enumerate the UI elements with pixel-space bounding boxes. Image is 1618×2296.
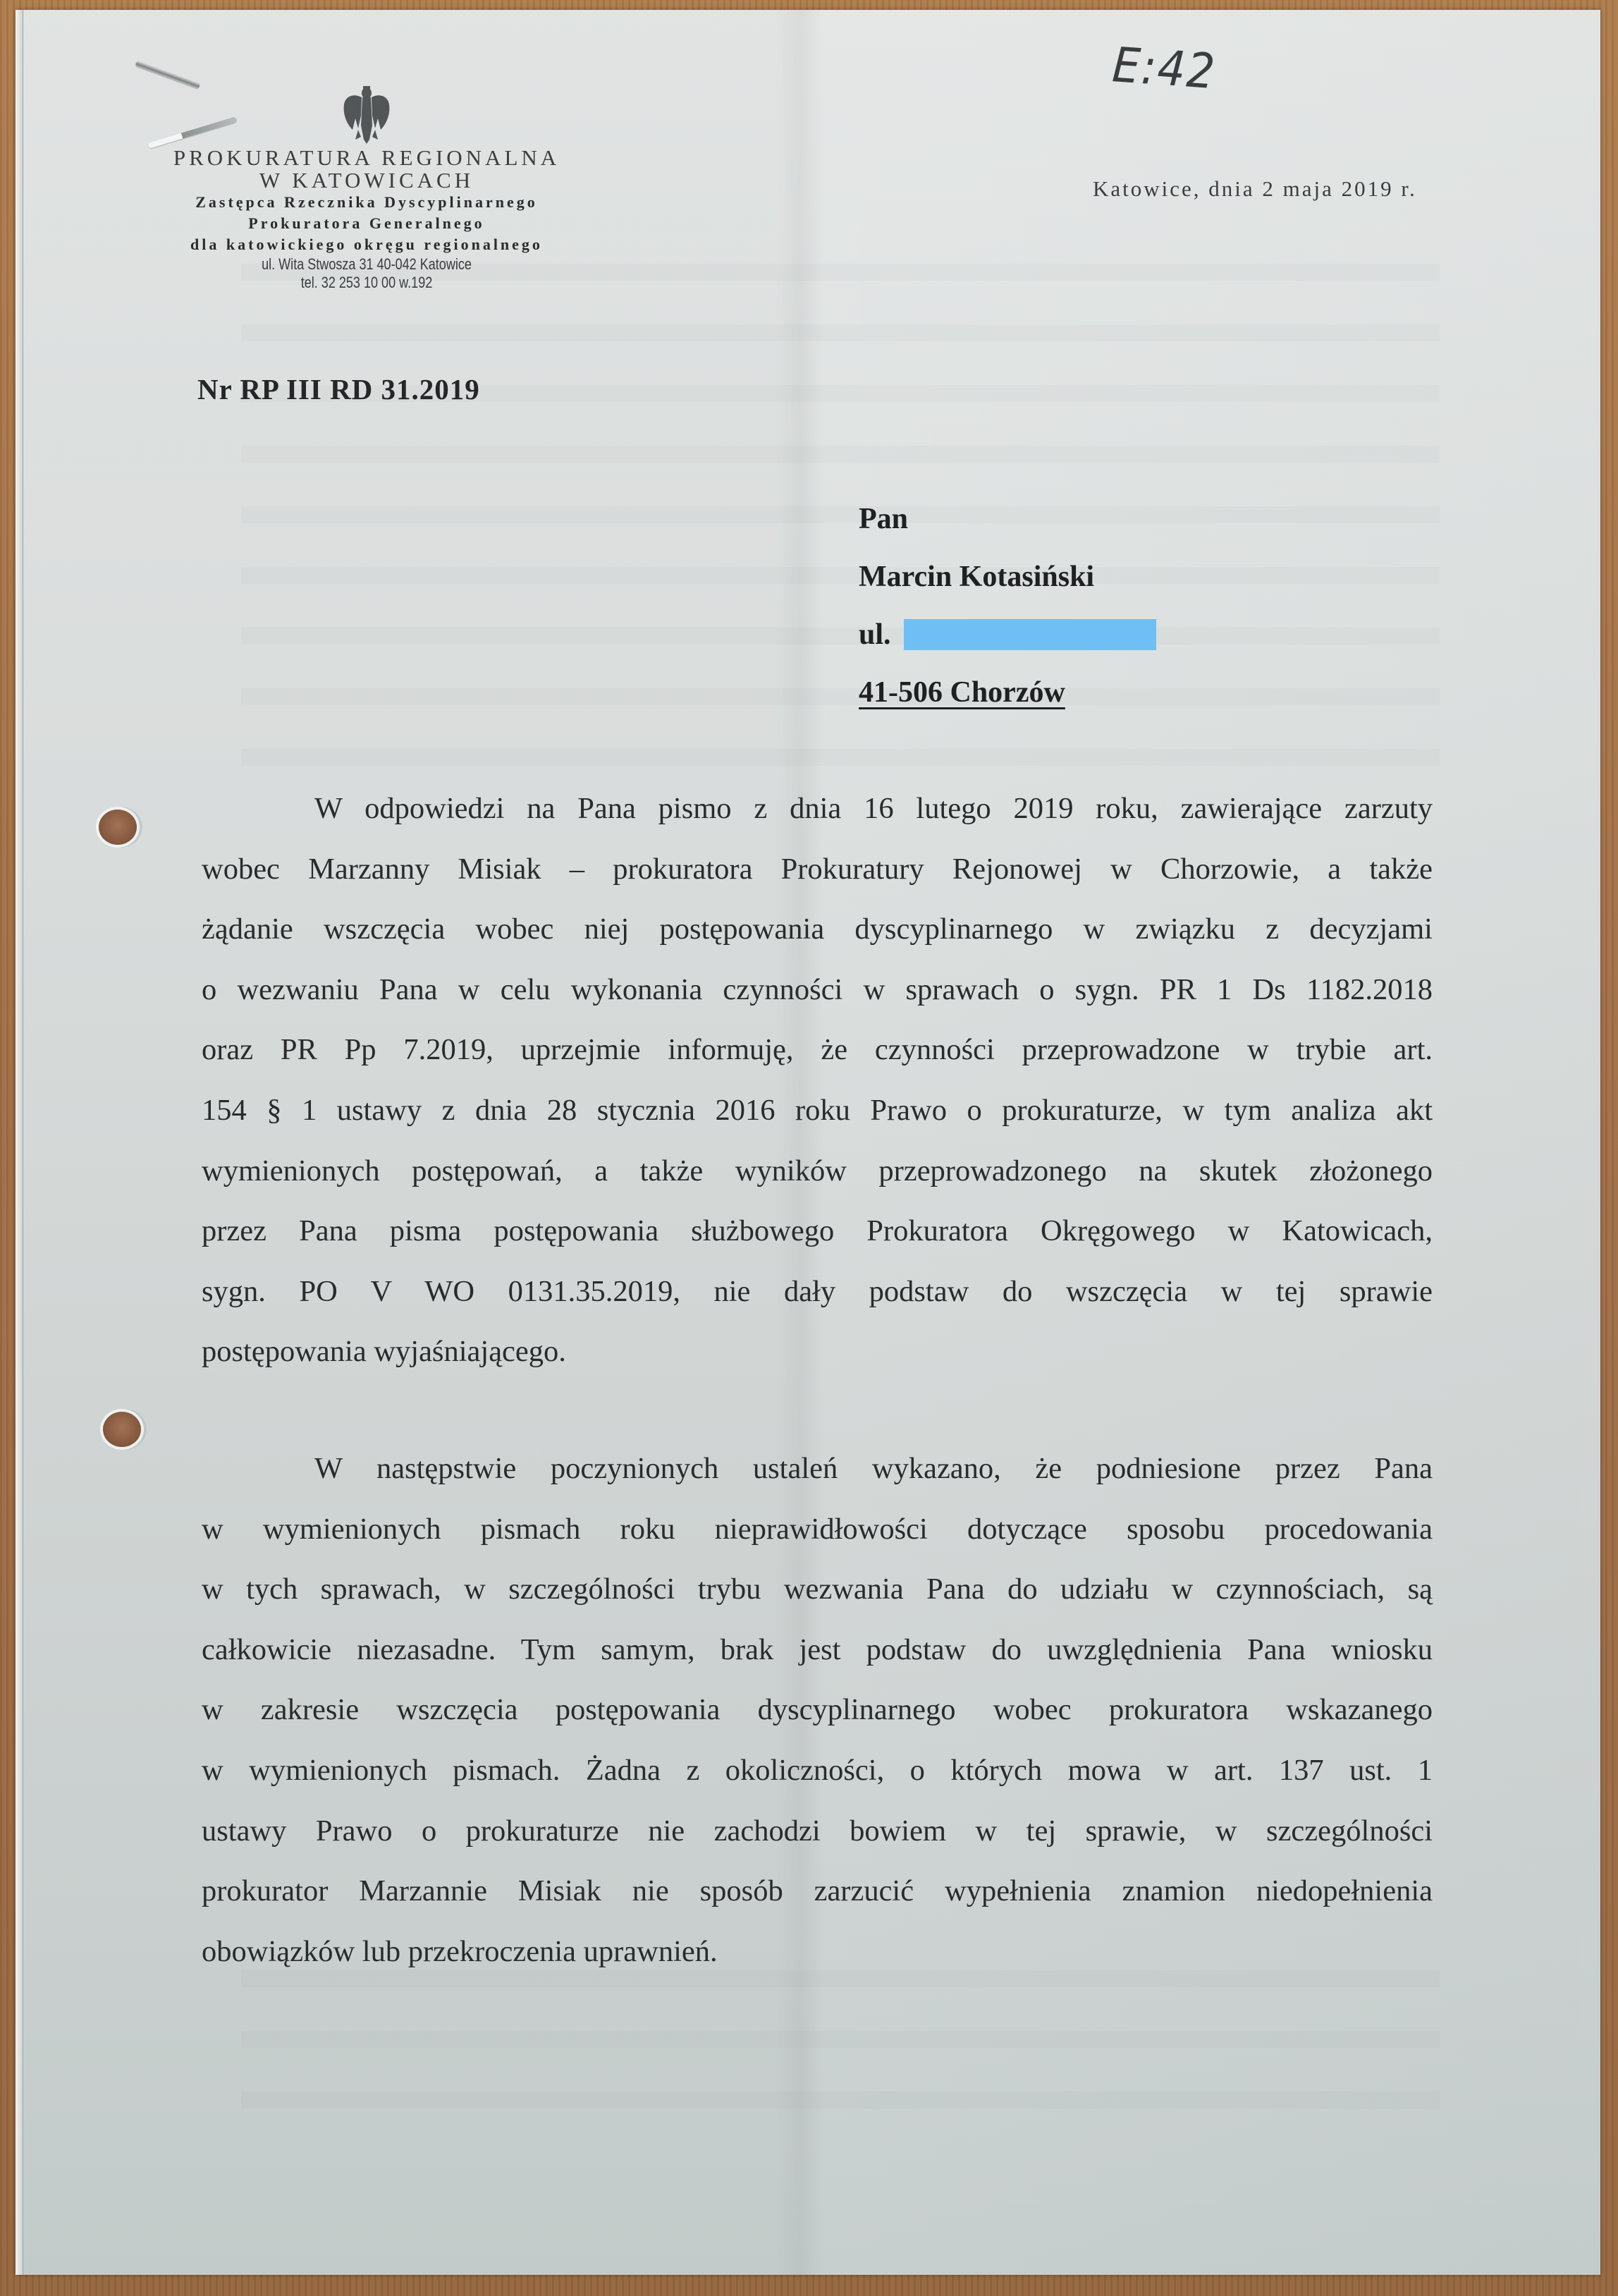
recipient-address-block: Pan Marcin Kotasiński ul. 41-506 Chorzów: [859, 490, 1156, 721]
recipient-name: Marcin Kotasiński: [859, 548, 1156, 606]
letterhead: PROKURATURA REGIONALNA W KATOWICACH Zast…: [155, 83, 578, 292]
recipient-street: ul.: [859, 606, 1156, 664]
paragraph-line: wobec Marzanny Misiak – prokuratora Prok…: [202, 839, 1433, 900]
eagle-emblem-icon: [340, 83, 393, 145]
institution-address: ul. Wita Stwosza 31 40-042 Katowice: [193, 255, 540, 274]
paragraph-line: prokurator Marzannie Misiak nie sposób z…: [202, 1861, 1433, 1922]
paragraph-line: żądanie wszczęcia wobec niej postępowani…: [202, 899, 1433, 960]
body-paragraph-1: W odpowiedzi na Pana pismo z dnia 16 lut…: [202, 778, 1433, 1382]
paragraph-line: całkowicie niezasadne. Tym samym, brak j…: [202, 1620, 1433, 1680]
institution-phone: tel. 32 253 10 00 w.192: [193, 274, 540, 292]
recipient-postal-city: 41-506 Chorzów: [859, 664, 1156, 721]
punch-hole-icon: [103, 1412, 141, 1447]
paragraph-line: postępowania wyjaśniającego.: [202, 1321, 1433, 1382]
office-title-line1: Zastępca Rzecznika Dyscyplinarnego: [155, 192, 578, 213]
recipient-salutation: Pan: [859, 490, 1156, 548]
paragraph-line: sygn. PO V WO 0131.35.2019, nie dały pod…: [202, 1262, 1433, 1322]
institution-city: W KATOWICACH: [155, 169, 578, 192]
paper-fold-edge: [16, 10, 23, 2275]
reverse-side-show-through: [241, 1970, 1440, 2111]
paragraph-line: w wymienionych pismach. Żadna z okoliczn…: [202, 1740, 1433, 1801]
letter-date: Katowice, dnia 2 maja 2019 r.: [1093, 176, 1417, 202]
paragraph-line: w wymienionych pismach roku nieprawidłow…: [202, 1499, 1433, 1560]
institution-name: PROKURATURA REGIONALNA: [155, 147, 578, 169]
paragraph-line: o wezwaniu Pana w celu wykonania czynnoś…: [202, 960, 1433, 1020]
paragraph-line: ustawy Prawo o prokuraturze nie zachodzi…: [202, 1801, 1433, 1862]
paragraph-line: oraz PR Pp 7.2019, uprzejmie informuję, …: [202, 1020, 1433, 1080]
paragraph-line: W następstwie poczynionych ustaleń wykaz…: [202, 1439, 1433, 1499]
paragraph-line: przez Pana pisma postępowania służbowego…: [202, 1201, 1433, 1262]
street-prefix: ul.: [859, 606, 891, 664]
paragraph-line: W odpowiedzi na Pana pismo z dnia 16 lut…: [202, 778, 1433, 839]
handwritten-annotation: E:42: [1110, 36, 1218, 99]
paragraph-line: wymienionych postępowań, a także wyników…: [202, 1141, 1433, 1202]
reference-number: Nr RP III RD 31.2019: [197, 372, 480, 406]
paragraph-line: w zakresie wszczęcia postępowania dyscyp…: [202, 1680, 1433, 1740]
punch-hole-icon: [99, 810, 137, 845]
reverse-side-show-through: [241, 264, 1440, 800]
office-title-line2: Prokuratora Generalnego: [155, 213, 578, 234]
paragraph-line: obowiązków lub przekroczenia uprawnień.: [202, 1922, 1433, 1982]
paragraph-line: 154 § 1 ustawy z dnia 28 stycznia 2016 r…: [202, 1080, 1433, 1141]
redacted-street-block: [904, 619, 1156, 650]
body-paragraph-2: W następstwie poczynionych ustaleń wykaz…: [202, 1439, 1433, 1981]
office-title-line3: dla katowickiego okręgu regionalnego: [155, 234, 578, 255]
paragraph-line: w tych sprawach, w szczególności trybu w…: [202, 1559, 1433, 1620]
